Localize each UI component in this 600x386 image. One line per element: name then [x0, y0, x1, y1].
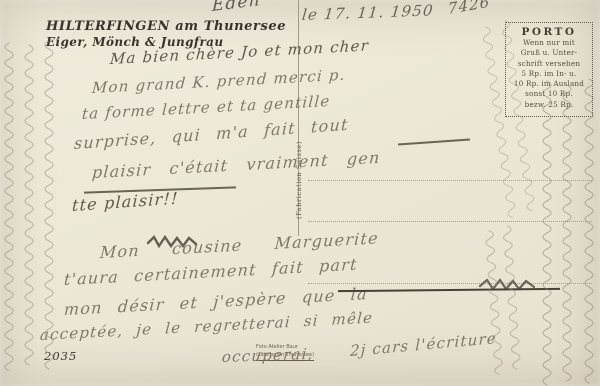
- message-line: occuperai,: [221, 345, 314, 366]
- handwritten-number: 7426: [448, 0, 491, 18]
- left-margin-handwriting: [0, 35, 61, 371]
- postcard-back: HILTERFINGEN am Thunersee Eiger, Mönch &…: [0, 0, 600, 386]
- postcard-title: HILTERFINGEN am Thunersee: [46, 19, 286, 34]
- scribble-crossout: [146, 234, 198, 250]
- porto-heading: PORTO: [506, 26, 592, 38]
- message-line: plaisir c'était vraiment gen: [91, 148, 381, 182]
- right-margin-handwriting: [535, 79, 599, 386]
- handwritten-date: le 17. 11. 1950: [301, 1, 435, 24]
- underline-stroke: [398, 138, 470, 145]
- message-line: 2j cars l'écriture: [350, 329, 498, 360]
- lower-right-handwriting: [479, 225, 527, 377]
- handwritten-place: Eden: [212, 0, 261, 16]
